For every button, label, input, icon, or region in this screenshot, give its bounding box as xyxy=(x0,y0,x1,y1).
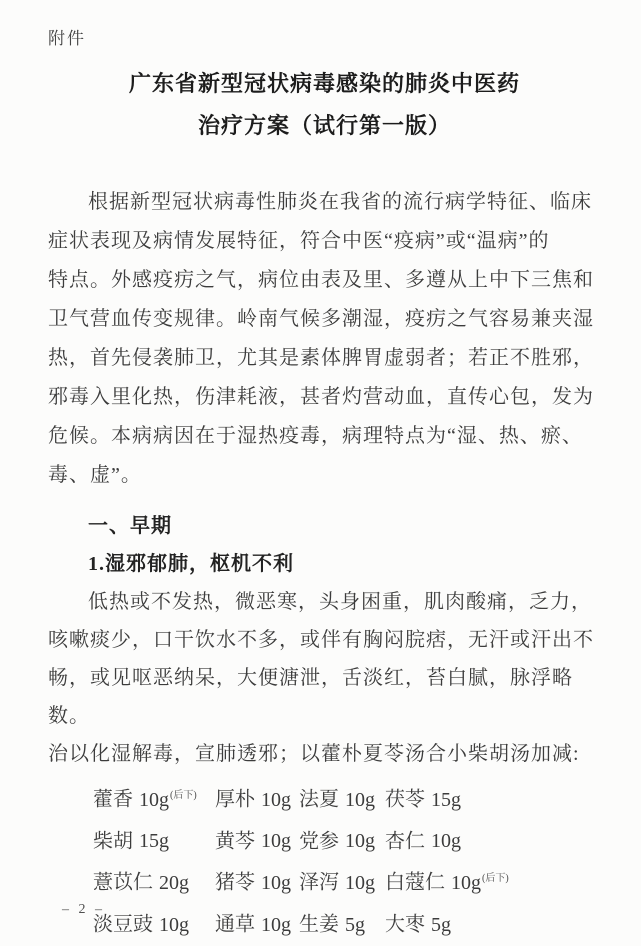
herb-dose: 20g xyxy=(159,872,189,894)
herb-item: 柴胡15g xyxy=(93,819,215,861)
herb-item: 藿香10g(后下) xyxy=(93,777,215,819)
herb-name: 党参 xyxy=(299,830,339,852)
herb-dose: 10g xyxy=(345,872,375,894)
herb-item: 通草10g xyxy=(215,902,299,944)
intro-line: 危候。本病病因在于湿热疫毒，病理特点为“湿、热、瘀、 xyxy=(48,417,601,456)
herb-item: 厚朴10g xyxy=(215,777,299,819)
herb-name: 茯苓 xyxy=(385,789,425,811)
herb-item: 杏仁10g xyxy=(385,819,601,861)
intro-line: 症状表现及病情发展特征，符合中医“疫病”或“温病”的 xyxy=(48,222,601,261)
document-page: 附件 广东省新型冠状病毒感染的肺炎中医药 治疗方案（试行第一版） 根据新型冠状病… xyxy=(0,0,641,946)
herb-note: (后下) xyxy=(170,790,197,801)
herb-name: 猪苓 xyxy=(215,872,255,894)
herb-dose: 10g xyxy=(345,789,375,811)
prescription-table: 藿香10g(后下) 厚朴10g 法夏10g 茯苓15g 柴胡15g 黄芩10g xyxy=(93,777,601,944)
herb-item: 茯苓15g xyxy=(385,777,601,819)
symptom-line: 畅，或见呕恶纳呆，大便溏泄，舌淡红，苔白腻，脉浮略数。 xyxy=(48,659,601,735)
page-number: – 2 – xyxy=(62,902,105,918)
herb-name: 柴胡 xyxy=(93,830,133,852)
herb-item: 薏苡仁20g xyxy=(93,860,215,902)
herb-dose: 10g xyxy=(159,914,189,936)
intro-line: 热，首先侵袭肺卫，尤其是素体脾胃虚弱者；若正不胜邪， xyxy=(48,339,601,378)
intro-line: 特点。外感疫疠之气，病位由表及里、多遵从上中下三焦和 xyxy=(48,261,601,300)
herb-name: 白蔻仁 xyxy=(385,872,445,894)
herb-dose: 10g xyxy=(345,830,375,852)
intro-line: 邪毒入里化热，伤津耗液，甚者灼营动血，直传心包，发为 xyxy=(48,378,601,417)
herb-dose: 10g xyxy=(139,789,169,811)
herb-item: 大枣5g xyxy=(385,902,601,944)
herb-dose: 10g xyxy=(261,872,291,894)
herb-dose: 15g xyxy=(139,830,169,852)
herb-name: 薏苡仁 xyxy=(93,872,153,894)
herb-item: 党参10g xyxy=(299,819,385,861)
section-subheading-damp-lung: 1.湿邪郁肺，枢机不利 xyxy=(48,545,601,583)
herb-dose: 10g xyxy=(261,789,291,811)
intro-line: 毒、虚”。 xyxy=(48,456,601,495)
prescription-row: 薏苡仁20g 猪苓10g 泽泻10g 白蔻仁10g(后下) xyxy=(93,860,601,902)
herb-dose: 15g xyxy=(431,789,461,811)
herb-item: 白蔻仁10g(后下) xyxy=(385,860,601,902)
title-line-2: 治疗方案（试行第一版） xyxy=(48,105,601,147)
herb-note: (后下) xyxy=(482,873,509,884)
symptom-line: 治以化湿解毒，宣肺透邪；以藿朴夏苓汤合小柴胡汤加减: xyxy=(48,735,601,773)
document-title: 广东省新型冠状病毒感染的肺炎中医药 治疗方案（试行第一版） xyxy=(48,63,601,147)
attachment-label: 附件 xyxy=(48,24,601,49)
herb-dose: 10g xyxy=(451,872,481,894)
herb-item: 淡豆豉10g xyxy=(93,902,215,944)
herb-dose: 10g xyxy=(431,830,461,852)
intro-line: 卫气营血传变规律。岭南气候多潮湿，疫疠之气容易兼夹湿 xyxy=(48,300,601,339)
section-heading-early: 一、早期 xyxy=(48,507,601,545)
herb-name: 杏仁 xyxy=(385,830,425,852)
herb-dose: 5g xyxy=(431,914,451,936)
intro-line: 根据新型冠状病毒性肺炎在我省的流行病学特征、临床 xyxy=(48,183,601,222)
herb-name: 生姜 xyxy=(299,914,339,936)
herb-item: 生姜5g xyxy=(299,902,385,944)
prescription-row: 藿香10g(后下) 厚朴10g 法夏10g 茯苓15g xyxy=(93,777,601,819)
symptoms-paragraph: 低热或不发热，微恶寒，头身困重，肌肉酸痛，乏力， 咳嗽痰少，口干饮水不多，或伴有… xyxy=(48,583,601,773)
herb-item: 黄芩10g xyxy=(215,819,299,861)
symptom-line: 咳嗽痰少，口干饮水不多，或伴有胸闷脘痞，无汗或汗出不 xyxy=(48,621,601,659)
prescription-row: 淡豆豉10g 通草10g 生姜5g 大枣5g xyxy=(93,902,601,944)
herb-dose: 10g xyxy=(261,914,291,936)
herb-name: 藿香 xyxy=(93,789,133,811)
page-content: 附件 广东省新型冠状病毒感染的肺炎中医药 治疗方案（试行第一版） 根据新型冠状病… xyxy=(0,0,641,944)
herb-item: 法夏10g xyxy=(299,777,385,819)
intro-paragraph: 根据新型冠状病毒性肺炎在我省的流行病学特征、临床 症状表现及病情发展特征，符合中… xyxy=(48,183,601,495)
herb-name: 泽泻 xyxy=(299,872,339,894)
herb-name: 厚朴 xyxy=(215,789,255,811)
herb-name: 通草 xyxy=(215,914,255,936)
herb-dose: 10g xyxy=(261,830,291,852)
title-line-1: 广东省新型冠状病毒感染的肺炎中医药 xyxy=(48,63,601,105)
herb-name: 大枣 xyxy=(385,914,425,936)
symptom-line: 低热或不发热，微恶寒，头身困重，肌肉酸痛，乏力， xyxy=(48,583,601,621)
herb-name: 法夏 xyxy=(299,789,339,811)
prescription-row: 柴胡15g 黄芩10g 党参10g 杏仁10g xyxy=(93,819,601,861)
herb-item: 泽泻10g xyxy=(299,860,385,902)
herb-item: 猪苓10g xyxy=(215,860,299,902)
herb-dose: 5g xyxy=(345,914,365,936)
herb-name: 黄芩 xyxy=(215,830,255,852)
